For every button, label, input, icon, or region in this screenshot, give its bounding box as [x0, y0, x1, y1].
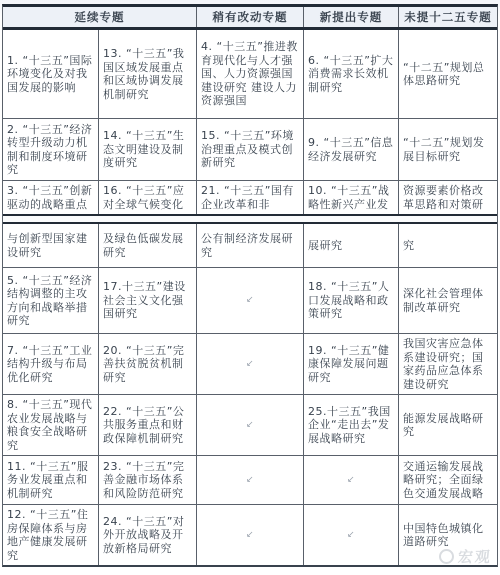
table-cell: 19. “十三五”健康保障发展问题研究	[304, 334, 399, 394]
table-cell: 14. “十三五”生态文明建设及制度研究	[99, 119, 197, 180]
table-cell: 2. “十三五”经济转型升级动力机制和制度环境研究	[3, 119, 99, 180]
return-mark-icon: ↙	[246, 360, 254, 369]
table-row: 11. “十三五”服务业发展重点和机制研究23. “十三五”完善金融市场体系和风…	[3, 455, 497, 504]
table-cell-empty: ↙	[197, 268, 304, 333]
table-row: 5. “十三五”经济结构调整的主攻方向和战略举措研究17.十三五”建设社会主义文…	[3, 267, 497, 333]
table-cell: 资源要素价格改革思路和对策研	[399, 181, 497, 214]
table-cell: 3. “十三五”创新驱动的战略重点	[3, 181, 99, 214]
table-cell: 20. “十三五”完善扶贫脱贫机制研究	[99, 334, 197, 394]
table-cell: 能源发展战略研究	[399, 395, 497, 455]
table-cell: 7. “十三五”工业结构升级与布局优化研究	[3, 334, 99, 394]
table-cell: 深化社会管理体制改革研究	[399, 268, 497, 333]
table-cell: 究	[399, 224, 497, 267]
table-cell: 公有制经济发展研究	[197, 224, 304, 267]
header-newly-proposed-topics: 新提出专题	[304, 7, 399, 27]
table-cell: “十二五”规划发展目标研究	[399, 119, 497, 180]
table-row: 与创新型国家建设研究及绿色低碳发展研究公有制经济发展研究展研究究	[3, 224, 497, 267]
table-cell: 12. “十三五”住房保障体系与房地产健康发展研究	[3, 505, 99, 565]
topics-comparison-table: 延续专题 稍有改动专题 新提出专题 未提十二五专题 1. “十三五”国际环境变化…	[2, 4, 498, 567]
document-page: 延续专题 稍有改动专题 新提出专题 未提十二五专题 1. “十三五”国际环境变化…	[0, 0, 500, 575]
table-cell: 24. “十三五”对外开放战略及开放新格局研究	[99, 505, 197, 565]
table-cell: 21. “十三五”国有企业改革和非	[197, 181, 304, 214]
table-cell: 13. “十三五”我国区域发展重点和区域协调发展机制研究	[99, 30, 197, 118]
table-cell: 16. “十三五”应对全球气候变化	[99, 181, 197, 214]
table-cell: 我国灾害应急体系建设研究；国家药品应急体系建设研究	[399, 334, 497, 394]
table-body: 1. “十三五”国际环境变化及对我国发展的影响13. “十三五”我国区域发展重点…	[3, 30, 497, 565]
header-continued-topics: 延续专题	[3, 7, 197, 27]
return-mark-icon: ↙	[246, 531, 254, 540]
table-cell-empty: ↙	[304, 456, 399, 504]
table-cell: 展研究	[304, 224, 399, 267]
table-cell: 9. “十三五”信息经济发展研究	[304, 119, 399, 180]
return-mark-icon: ↙	[246, 296, 254, 305]
table-cell: 25.十三五”我国企业“走出去”发展战略研究	[304, 395, 399, 455]
table-cell: 22. “十三五”公共服务重点和财政保障机制研究	[99, 395, 197, 455]
table-cell: 10. “十三五”战略性新兴产业发	[304, 181, 399, 214]
table-cell-empty: ↙	[304, 505, 399, 565]
table-cell: 18. “十三五”人口发展战略和政策研究	[304, 268, 399, 333]
return-mark-icon: ↙	[246, 421, 254, 430]
table-cell: 6. “十三五”扩大消费需求长效机制研究	[304, 30, 399, 118]
table-cell: 1. “十三五”国际环境变化及对我国发展的影响	[3, 30, 99, 118]
return-mark-icon: ↙	[347, 531, 355, 540]
table-row: 3. “十三五”创新驱动的战略重点16. “十三五”应对全球气候变化21. “十…	[3, 180, 497, 214]
table-cell: 8. “十三五”现代农业发展战略与粮食安全战略研究	[3, 395, 99, 455]
table-row: 1. “十三五”国际环境变化及对我国发展的影响13. “十三五”我国区域发展重点…	[3, 30, 497, 118]
table-cell: 中国特色城镇化道路研究	[399, 505, 497, 565]
table-cell: 及绿色低碳发展研究	[99, 224, 197, 267]
return-mark-icon: ↙	[347, 476, 355, 485]
table-cell-empty: ↙	[197, 456, 304, 504]
page-break-divider	[3, 214, 497, 224]
return-mark-icon: ↙	[246, 476, 254, 485]
table-cell: 15. “十三五”环境治理重点及模式创新研究	[197, 119, 304, 180]
header-not-mentioned-125-topics: 未提十二五专题	[399, 7, 497, 27]
table-cell: 11. “十三五”服务业发展重点和机制研究	[3, 456, 99, 504]
header-slightly-modified-topics: 稍有改动专题	[197, 7, 304, 27]
table-cell: 23. “十三五”完善金融市场体系和风险防范研究	[99, 456, 197, 504]
table-cell: 17.十三五”建设社会主义文化强国研究	[99, 268, 197, 333]
table-row: 7. “十三五”工业结构升级与布局优化研究20. “十三五”完善扶贫脱贫机制研究…	[3, 333, 497, 394]
table-row: 12. “十三五”住房保障体系与房地产健康发展研究24. “十三五”对外开放战略…	[3, 504, 497, 565]
table-cell-empty: ↙	[197, 334, 304, 394]
table-cell-empty: ↙	[197, 505, 304, 565]
table-row: 8. “十三五”现代农业发展战略与粮食安全战略研究22. “十三五”公共服务重点…	[3, 394, 497, 455]
table-row: 2. “十三五”经济转型升级动力机制和制度环境研究14. “十三五”生态文明建设…	[3, 118, 497, 180]
table-cell-empty: ↙	[197, 395, 304, 455]
table-cell: 与创新型国家建设研究	[3, 224, 99, 267]
table-cell: “十二五”规划总体思路研究	[399, 30, 497, 118]
table-cell: 交通运输发展战略研究；全面绿色交通发展战略	[399, 456, 497, 504]
table-header-row: 延续专题 稍有改动专题 新提出专题 未提十二五专题	[3, 7, 497, 30]
table-cell: 4. “十三五”推进教育现代化与人才强国、人力资源强国建设研究 建设人力资源强国	[197, 30, 304, 118]
table-cell: 5. “十三五”经济结构调整的主攻方向和战略举措研究	[3, 268, 99, 333]
